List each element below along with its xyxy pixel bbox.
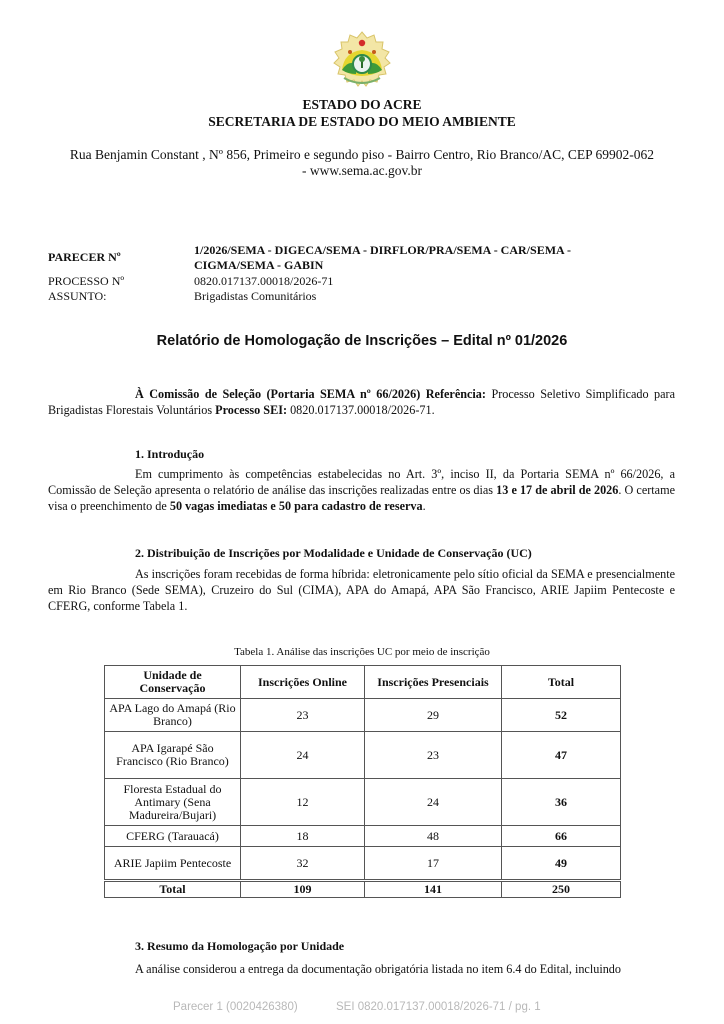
sei-label: Processo SEI: [215,403,287,417]
header-total: Total [502,666,621,699]
registrations-table: Unidade de Conservação Inscrições Online… [104,665,621,898]
cell-in-person: 48 [365,826,502,847]
assunto-value: Brigadistas Comunitários [194,289,316,303]
table-total-row: Total109141250 [105,881,621,898]
cell-total: 49 [502,847,621,881]
reference-label: Referência: [426,387,486,401]
address-line-2: - www.sema.ac.gov.br [0,163,724,179]
cell-unit: Floresta Estadual do Antimary (Sena Madu… [105,779,241,826]
cell-in-person: 23 [365,732,502,779]
section-1-paragraph: Em cumprimento às competências estabelec… [48,466,675,514]
footer-sei-page: SEI 0820.017137.00018/2026-71 / pg. 1 [336,1001,541,1013]
secretariat-name: SECRETARIA DE ESTADO DO MEIO AMBIENTE [0,114,724,130]
cell-in-person: 24 [365,779,502,826]
header-unit: Unidade de Conservação [105,666,241,699]
cell-online: 32 [241,847,365,881]
header-in-person: Inscrições Presenciais [365,666,502,699]
cell-online: 24 [241,732,365,779]
sei-value: 0820.017137.00018/2026-71. [290,403,435,417]
section-3-title: 3. Resumo da Homologação por Unidade [135,939,344,954]
processo-value: 0820.017137.00018/2026-71 [194,274,333,288]
total-online: 109 [241,881,365,898]
registration-dates: 13 e 17 de abril de 2026 [496,483,618,497]
vacancies: 50 vagas imediatas e 50 para cadastro de… [170,499,423,513]
addressee: À Comissão de Seleção (Portaria SEMA nº … [135,387,420,401]
cell-unit: APA Lago do Amapá (Rio Branco) [105,699,241,732]
total-label: Total [105,881,241,898]
parecer-value-line-2: CIGMA/SEMA - GABIN [194,258,323,272]
table-row: APA Lago do Amapá (Rio Branco)232952 [105,699,621,732]
report-title: Relatório de Homologação de Inscrições –… [0,333,724,349]
cell-online: 18 [241,826,365,847]
state-name: ESTADO DO ACRE [0,97,724,113]
cell-in-person: 17 [365,847,502,881]
cell-total: 66 [502,826,621,847]
cell-online: 23 [241,699,365,732]
table-1-caption: Tabela 1. Análise das inscrições UC por … [0,646,724,658]
cell-total: 36 [502,779,621,826]
cell-unit: APA Igarapé São Francisco (Rio Branco) [105,732,241,779]
parecer-value-line-1: 1/2026/SEMA - DIGECA/SEMA - DIRFLOR/PRA/… [194,243,571,257]
header-online: Inscrições Online [241,666,365,699]
section-3-text: A análise considerou a entrega da docume… [135,962,621,977]
cell-total: 52 [502,699,621,732]
coat-of-arms-logo [330,30,394,92]
table-row: CFERG (Tarauacá)184866 [105,826,621,847]
section-2-title: 2. Distribuição de Inscrições por Modali… [135,546,532,561]
total-grand: 250 [502,881,621,898]
table-row: ARIE Japiim Pentecoste321749 [105,847,621,881]
addressee-paragraph: À Comissão de Seleção (Portaria SEMA nº … [48,386,675,418]
table-header-row: Unidade de Conservação Inscrições Online… [105,666,621,699]
total-in-person: 141 [365,881,502,898]
parecer-label: PARECER Nº [48,250,121,264]
cell-online: 12 [241,779,365,826]
section-1-title: 1. Introdução [135,447,204,462]
address-line-1: Rua Benjamin Constant , Nº 856, Primeiro… [0,147,724,163]
assunto-label: ASSUNTO: [48,289,106,303]
section-2-paragraph: As inscrições foram recebidas de forma h… [48,566,675,614]
section-1-text-c: . [423,499,426,513]
footer-doc-ref: Parecer 1 (0020426380) [173,1001,298,1013]
table-row: APA Igarapé São Francisco (Rio Branco)24… [105,732,621,779]
cell-in-person: 29 [365,699,502,732]
acre-coat-of-arms-icon [330,30,394,92]
table-row: Floresta Estadual do Antimary (Sena Madu… [105,779,621,826]
cell-unit: ARIE Japiim Pentecoste [105,847,241,881]
processo-label: PROCESSO Nº [48,274,124,288]
cell-total: 47 [502,732,621,779]
cell-unit: CFERG (Tarauacá) [105,826,241,847]
